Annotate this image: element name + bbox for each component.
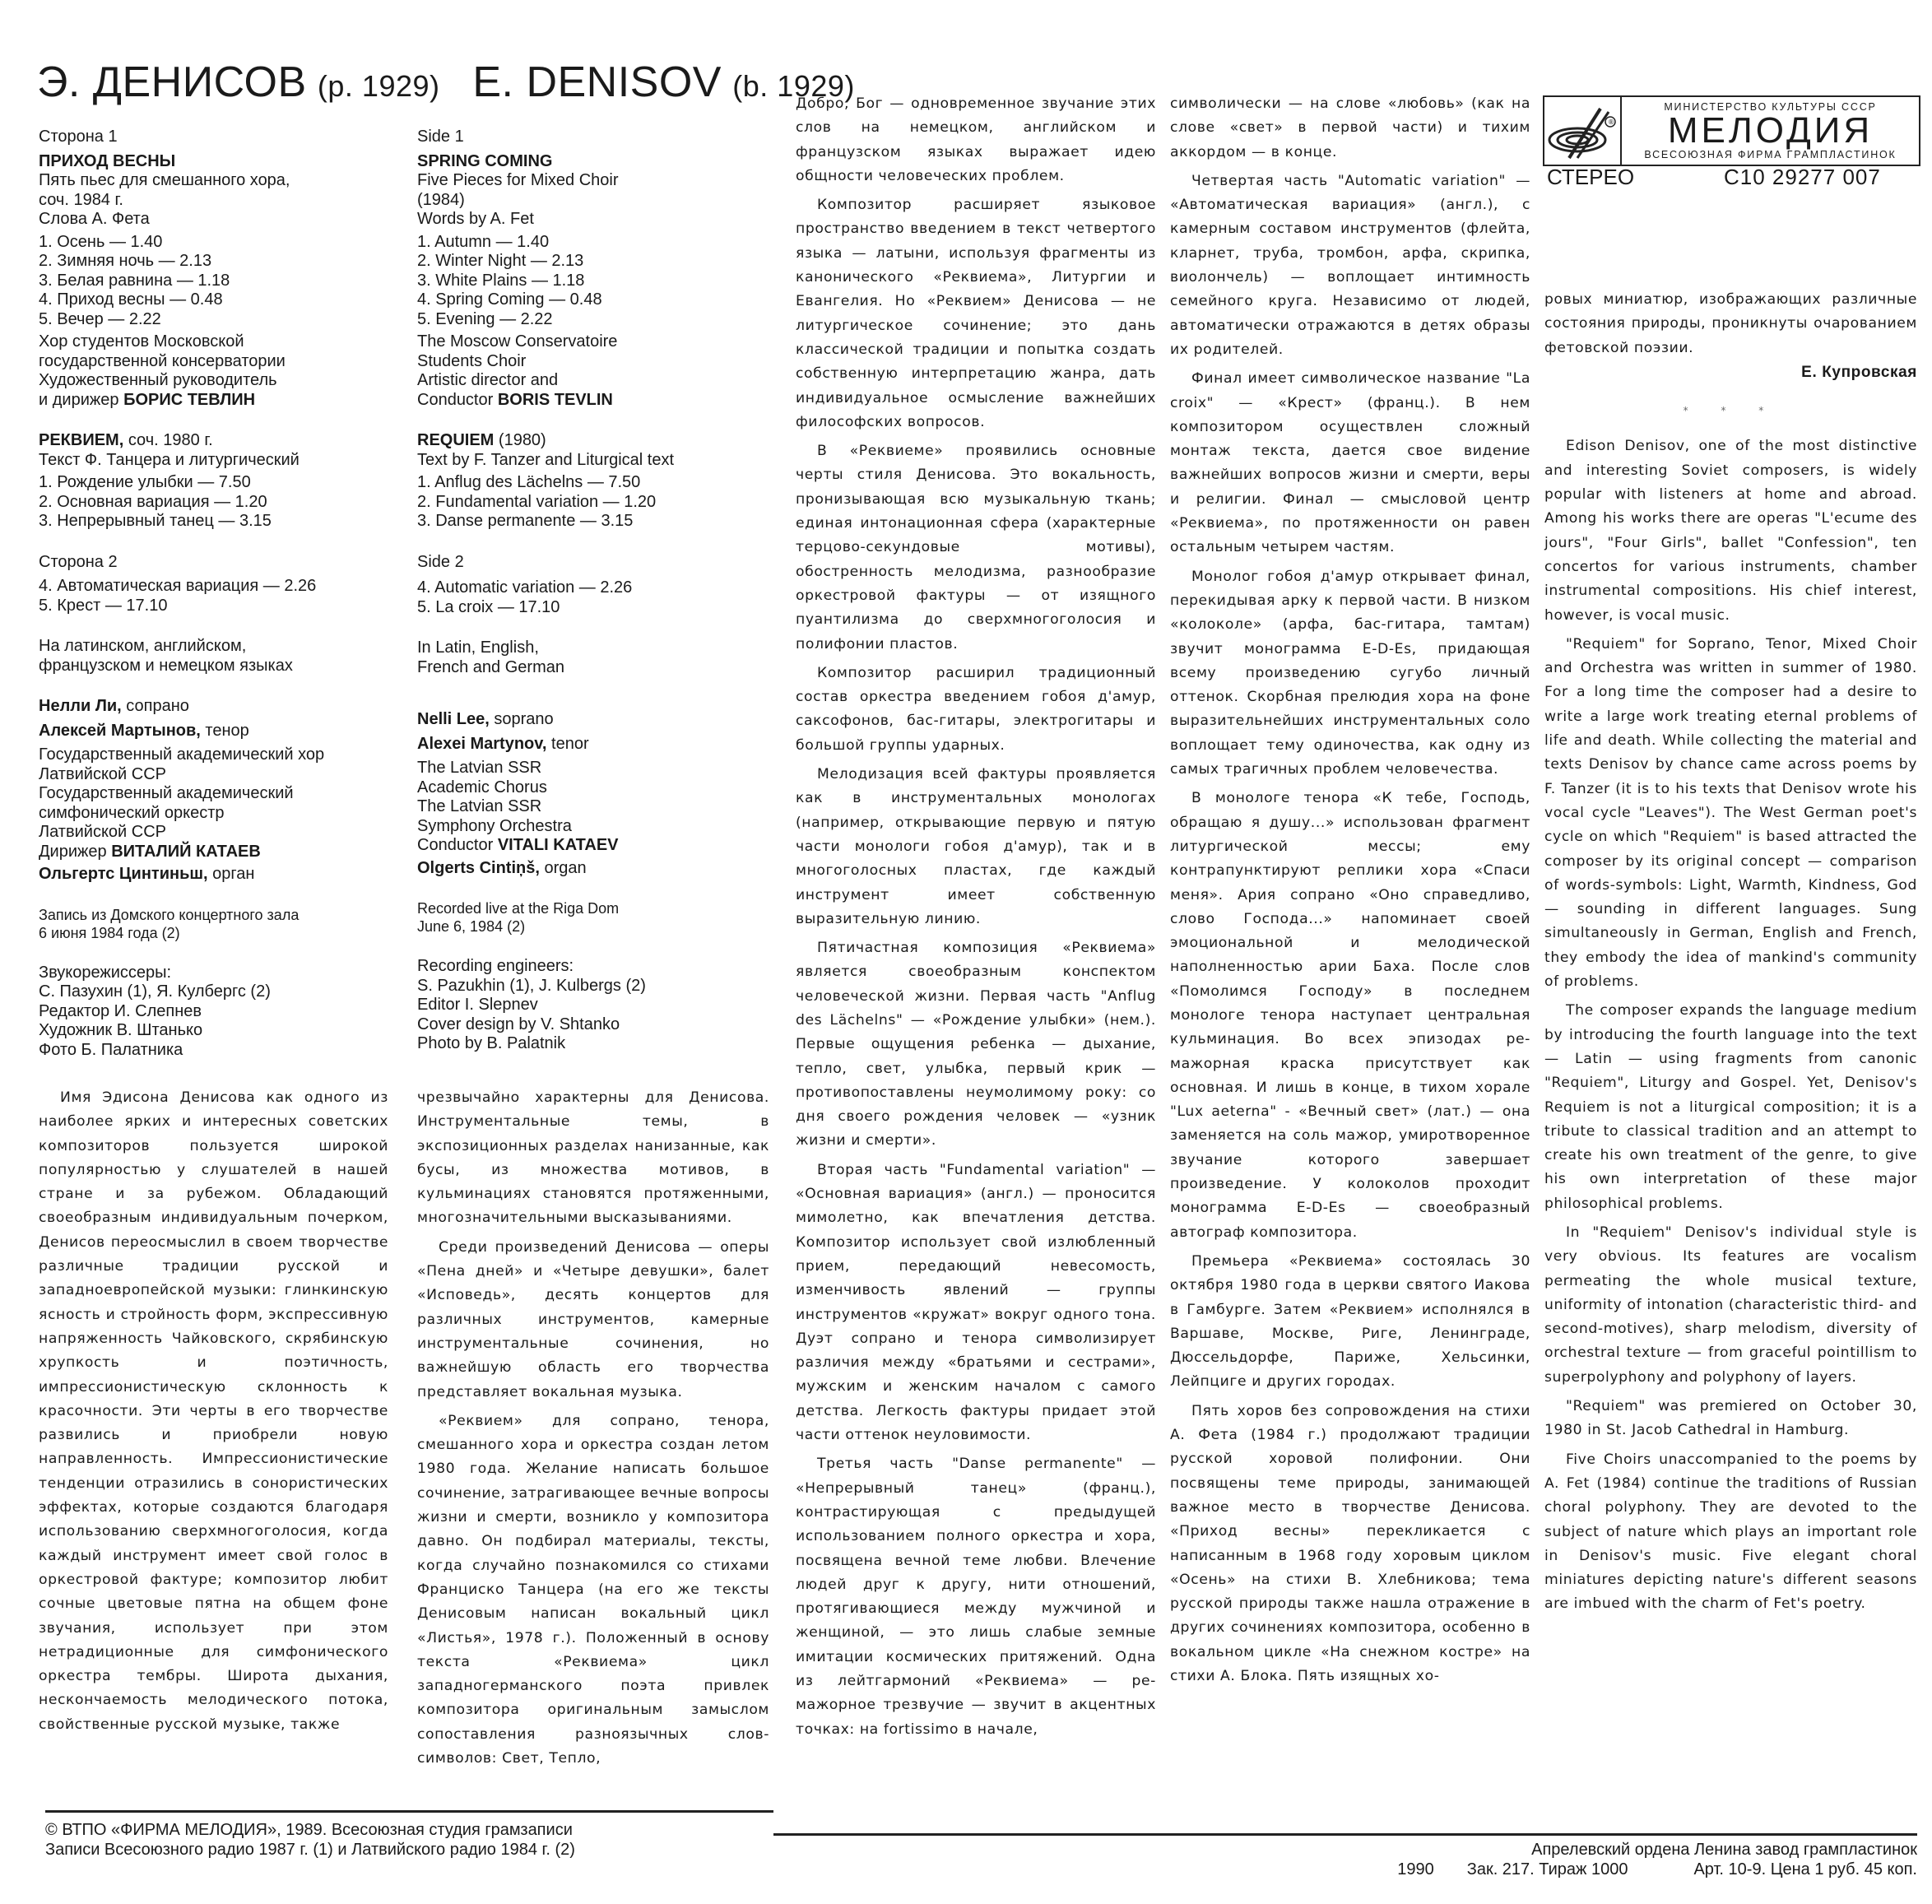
work-subtitle: Five Pieces for Mixed Choir (417, 171, 763, 191)
footer-right: Апрелевский ордена Ленина завод грамплас… (1267, 1840, 1917, 1879)
svg-text:®: ® (1608, 118, 1614, 126)
conductor-name: VITALI KATAEV (498, 836, 619, 854)
article-paragraph: Премьера «Реквиема» состоялась 30 октябр… (1170, 1250, 1530, 1395)
brand-name: МЕЛОДИЯ (1668, 113, 1873, 149)
article-paragraph: Добро, Бог — одновременное звучание этих… (796, 92, 1156, 188)
article-paragraph-en: "Requiem" for Soprano, Tenor, Mixed Choi… (1544, 633, 1917, 994)
track: 3. Непрерывный танец — 3.15 (39, 512, 401, 532)
ensemble: The Latvian SSR (417, 797, 763, 817)
article-paragraph: чрезвычайно характерны для Денисова. Инс… (417, 1086, 769, 1231)
article-paragraph: Композитор расширяет языковое пространст… (796, 193, 1156, 434)
article-paragraph: Имя Эдисона Денисова как одного из наибо… (39, 1086, 388, 1737)
track: 2. Зимняя ночь — 2.13 (39, 252, 401, 272)
work-title: РЕКВИЕМ, (39, 431, 123, 449)
article-paragraph-en: "Requiem" was premiered on October 30, 1… (1544, 1395, 1917, 1443)
work-subtitle: (1984) (417, 191, 763, 211)
soloist-name: Olgerts Cintiņš, (417, 859, 540, 877)
engineers-names: S. Pazukhin (1), J. Kulbergs (2) (417, 977, 763, 996)
track: 3. Danse permanente — 3.15 (417, 512, 763, 532)
page-title: Э. ДЕНИСОВ (р. 1929) E. DENISOV (b. 1929… (37, 58, 855, 107)
track: 1. Рождение улыбки — 7.50 (39, 473, 401, 493)
language-note: In Latin, English, (417, 639, 763, 658)
ensemble: The Latvian SSR (417, 759, 763, 778)
performer: Artistic director and (417, 371, 763, 391)
article-ru-col-4: символически — на слове «любовь» (как на… (1170, 92, 1530, 1688)
track: 1. Осень — 1.40 (39, 233, 401, 253)
recording-note: Запись из Домского концертного зала (39, 906, 401, 924)
performer-role: Conductor (417, 391, 493, 409)
track: 1. Autumn — 1.40 (417, 233, 763, 253)
article-paragraph: ровых миниатюр, изображающих различные с… (1544, 288, 1917, 360)
soloist-role: сопрано (126, 697, 189, 715)
article-paragraph-en: Edison Denisov, one of the most distinct… (1544, 434, 1917, 627)
ensemble: Symphony Orchestra (417, 817, 763, 837)
work-title: REQUIEM (417, 431, 494, 449)
composer-name-ru: Э. ДЕНИСОВ (37, 58, 307, 106)
track: 1. Anflug des Lächelns — 7.50 (417, 473, 763, 493)
order-info: Зак. 217. Тираж 1000 (1467, 1860, 1628, 1879)
soloist-name: Алексей Мартынов, (39, 722, 201, 740)
article-paragraph: В монологе тенора «К тебе, Господь, обра… (1170, 787, 1530, 1245)
ensemble: Латвийской ССР (39, 765, 401, 785)
editor: Редактор И. Слепнев (39, 1002, 401, 1022)
side-label: Сторона 1 (39, 128, 401, 147)
article-paragraph: «Реквием» для сопрано, тенора, смешанног… (417, 1409, 769, 1771)
plant-name: Апрелевский ордена Ленина завод грамплас… (1267, 1840, 1917, 1860)
track: 5. Evening — 2.22 (417, 310, 763, 330)
soloist-role: орган (212, 865, 254, 883)
recording-note: June 6, 1984 (2) (417, 917, 763, 936)
side-label: Сторона 2 (39, 553, 401, 573)
track: 2. Winter Night — 2.13 (417, 252, 763, 272)
engineers-label: Recording engineers: (417, 957, 763, 977)
work-subtitle: соч. 1984 г. (39, 191, 401, 211)
ensemble: Латвийской ССР (39, 823, 401, 843)
track: 2. Основная вариация — 1.20 (39, 493, 401, 513)
article-paragraph: Композитор расширил традиционный состав … (796, 662, 1156, 758)
section-separator: * * * (1544, 399, 1917, 423)
work-title: ПРИХОД ВЕСНЫ (39, 152, 175, 170)
ensemble: Государственный академический хор (39, 745, 401, 765)
article-paragraph: В «Реквиеме» проявились основные черты с… (796, 439, 1156, 657)
article-paragraph: Монолог гобоя д'амур открывает финал, пе… (1170, 565, 1530, 782)
track: 4. Автоматическая вариация — 2.26 (39, 577, 401, 597)
artist: Художник В. Штанько (39, 1021, 401, 1041)
work-subtitle: Пять пьес для смешанного хора, (39, 171, 401, 191)
soloist-role: soprano (494, 710, 553, 728)
performer: Хор студентов Московской (39, 332, 401, 352)
performer-role: и дирижер (39, 391, 119, 409)
article-ru-col-a: Имя Эдисона Денисова как одного из наибо… (39, 1086, 388, 1737)
article-ru-col-b: чрезвычайно характерны для Денисова. Инс… (417, 1086, 769, 1771)
engineers-label: Звукорежиссеры: (39, 964, 401, 983)
recording-note: Recorded live at the Riga Dom (417, 899, 763, 917)
artist: Cover design by V. Shtanko (417, 1015, 763, 1035)
performer-role: Дирижер (39, 843, 107, 861)
credits-ru: Сторона 1 ПРИХОД ВЕСНЫ Пять пьес для сме… (39, 128, 401, 1060)
language-note: французском и немецком языках (39, 657, 401, 676)
ensemble: Государственный академический (39, 784, 401, 804)
language-note: French and German (417, 658, 763, 678)
article-paragraph: символически — на слове «любовь» (как на… (1170, 92, 1530, 165)
photo-credit: Фото Б. Палатника (39, 1041, 401, 1061)
article-col-5: ровых миниатюр, изображающих различные с… (1544, 288, 1917, 1617)
soloist-name: Ольгертс Цинтиньш, (39, 865, 208, 883)
track: 3. White Plains — 1.18 (417, 272, 763, 291)
article-paragraph: Четвертая часть "Automatic variation" — … (1170, 170, 1530, 362)
track: 2. Fundamental variation — 1.20 (417, 493, 763, 513)
article-paragraph-en: Five Choirs unaccompanied to the poems b… (1544, 1448, 1917, 1617)
engineers-names: С. Пазухин (1), Я. Кулбергс (2) (39, 982, 401, 1002)
track: 5. La croix — 17.10 (417, 598, 763, 618)
work-text: Text by F. Tanzer and Liturgical text (417, 451, 763, 471)
work-year: (1980) (499, 431, 546, 449)
firm-text: ВСЕСОЮЗНАЯ ФИРМА ГРАМПЛАСТИНОК (1644, 149, 1896, 160)
article-paragraph-en: In "Requiem" Denisov's individual style … (1544, 1221, 1917, 1390)
ensemble: Academic Chorus (417, 778, 763, 798)
track: 4. Приход весны — 0.48 (39, 290, 401, 310)
article-paragraph: Среди произведений Денисова — оперы «Пен… (417, 1236, 769, 1405)
article-paragraph: Третья часть "Danse permanente" — «Непре… (796, 1452, 1156, 1742)
work-words: Words by A. Fet (417, 210, 763, 230)
photo-credit: Photo by B. Palatnik (417, 1034, 763, 1054)
performer: The Moscow Conservatoire (417, 332, 763, 352)
credits-en: Side 1 SPRING COMING Five Pieces for Mix… (417, 128, 763, 1054)
article-paragraph: Пятичастная композиция «Реквиема» являет… (796, 936, 1156, 1154)
article-paragraph: Вторая часть "Fundamental variation" — «… (796, 1159, 1156, 1448)
melodiya-logo: ® МИНИСТЕРСТВО КУЛЬТУРЫ СССР МЕЛОДИЯ ВСЕ… (1543, 95, 1920, 166)
release-year: 1990 (1397, 1860, 1434, 1879)
soloist-role: tenor (551, 735, 589, 753)
side-label: Side 1 (417, 128, 763, 147)
track: 4. Spring Coming — 0.48 (417, 290, 763, 310)
side-label: Side 2 (417, 553, 763, 573)
conductor-name: БОРИС ТЕВЛИН (123, 391, 255, 409)
footer-rule-right (773, 1833, 1917, 1836)
footer-line: ВТПО «ФИРМА МЕЛОДИЯ», 1989. Всесоюзная с… (62, 1821, 573, 1839)
editor: Editor I. Slepnev (417, 996, 763, 1015)
article-paragraph: Мелодизация всей фактуры проявляется как… (796, 763, 1156, 931)
soloist-name: Nelli Lee, (417, 710, 490, 728)
copyright-icon: © (45, 1821, 58, 1839)
footer-left: © ВТПО «ФИРМА МЕЛОДИЯ», 1989. Всесоюзная… (45, 1820, 769, 1860)
conductor-name: BORIS TEVLIN (498, 391, 613, 409)
footer-line: Записи Всесоюзного радио 1987 г. (1) и Л… (45, 1840, 769, 1860)
performer: Students Choir (417, 352, 763, 372)
language-note: На латинском, английском, (39, 637, 401, 657)
performer-role: Conductor (417, 836, 493, 854)
track: 5. Крест — 17.10 (39, 597, 401, 616)
performer: государственной консерватории (39, 352, 401, 372)
work-text: Текст Ф. Танцера и литургический (39, 451, 401, 471)
soloist-name: Alexei Martynov, (417, 735, 546, 753)
work-title: SPRING COMING (417, 152, 552, 170)
price-info: Арт. 10-9. Цена 1 руб. 45 коп. (1693, 1860, 1917, 1879)
soloist-role: тенор (205, 722, 248, 740)
catalog-number: С10 29277 007 (1724, 165, 1881, 190)
soloist-role: organ (544, 859, 586, 877)
melodiya-emblem-icon: ® (1544, 97, 1622, 165)
footer-rule-left (45, 1810, 773, 1813)
article-ru-col-3: Добро, Бог — одновременное звучание этих… (796, 92, 1156, 1742)
track: 3. Белая равнина — 1.18 (39, 272, 401, 291)
performer: Художественный руководитель (39, 371, 401, 391)
work-words: Слова А. Фета (39, 210, 401, 230)
soloist-name: Нелли Ли, (39, 697, 122, 715)
track: 4. Automatic variation — 2.26 (417, 578, 763, 598)
recording-note: 6 июня 1984 года (2) (39, 924, 401, 942)
composer-years-ru: (р. 1929) (318, 69, 440, 103)
stereo-label: СТЕРЕО (1547, 165, 1634, 190)
work-year: соч. 1980 г. (128, 431, 213, 449)
article-paragraph: Финал имеет символическое название "La c… (1170, 367, 1530, 560)
track: 5. Вечер — 2.22 (39, 310, 401, 330)
author-signature: Е. Купровская (1544, 360, 1917, 384)
composer-name-en: E. DENISOV (472, 58, 722, 106)
conductor-name: ВИТАЛИЙ КАТАЕВ (111, 843, 261, 861)
ensemble: симфонический оркестр (39, 804, 401, 824)
article-paragraph-en: The composer expands the language medium… (1544, 999, 1917, 1216)
article-paragraph: Пять хоров без сопровождения на стихи А.… (1170, 1400, 1530, 1689)
